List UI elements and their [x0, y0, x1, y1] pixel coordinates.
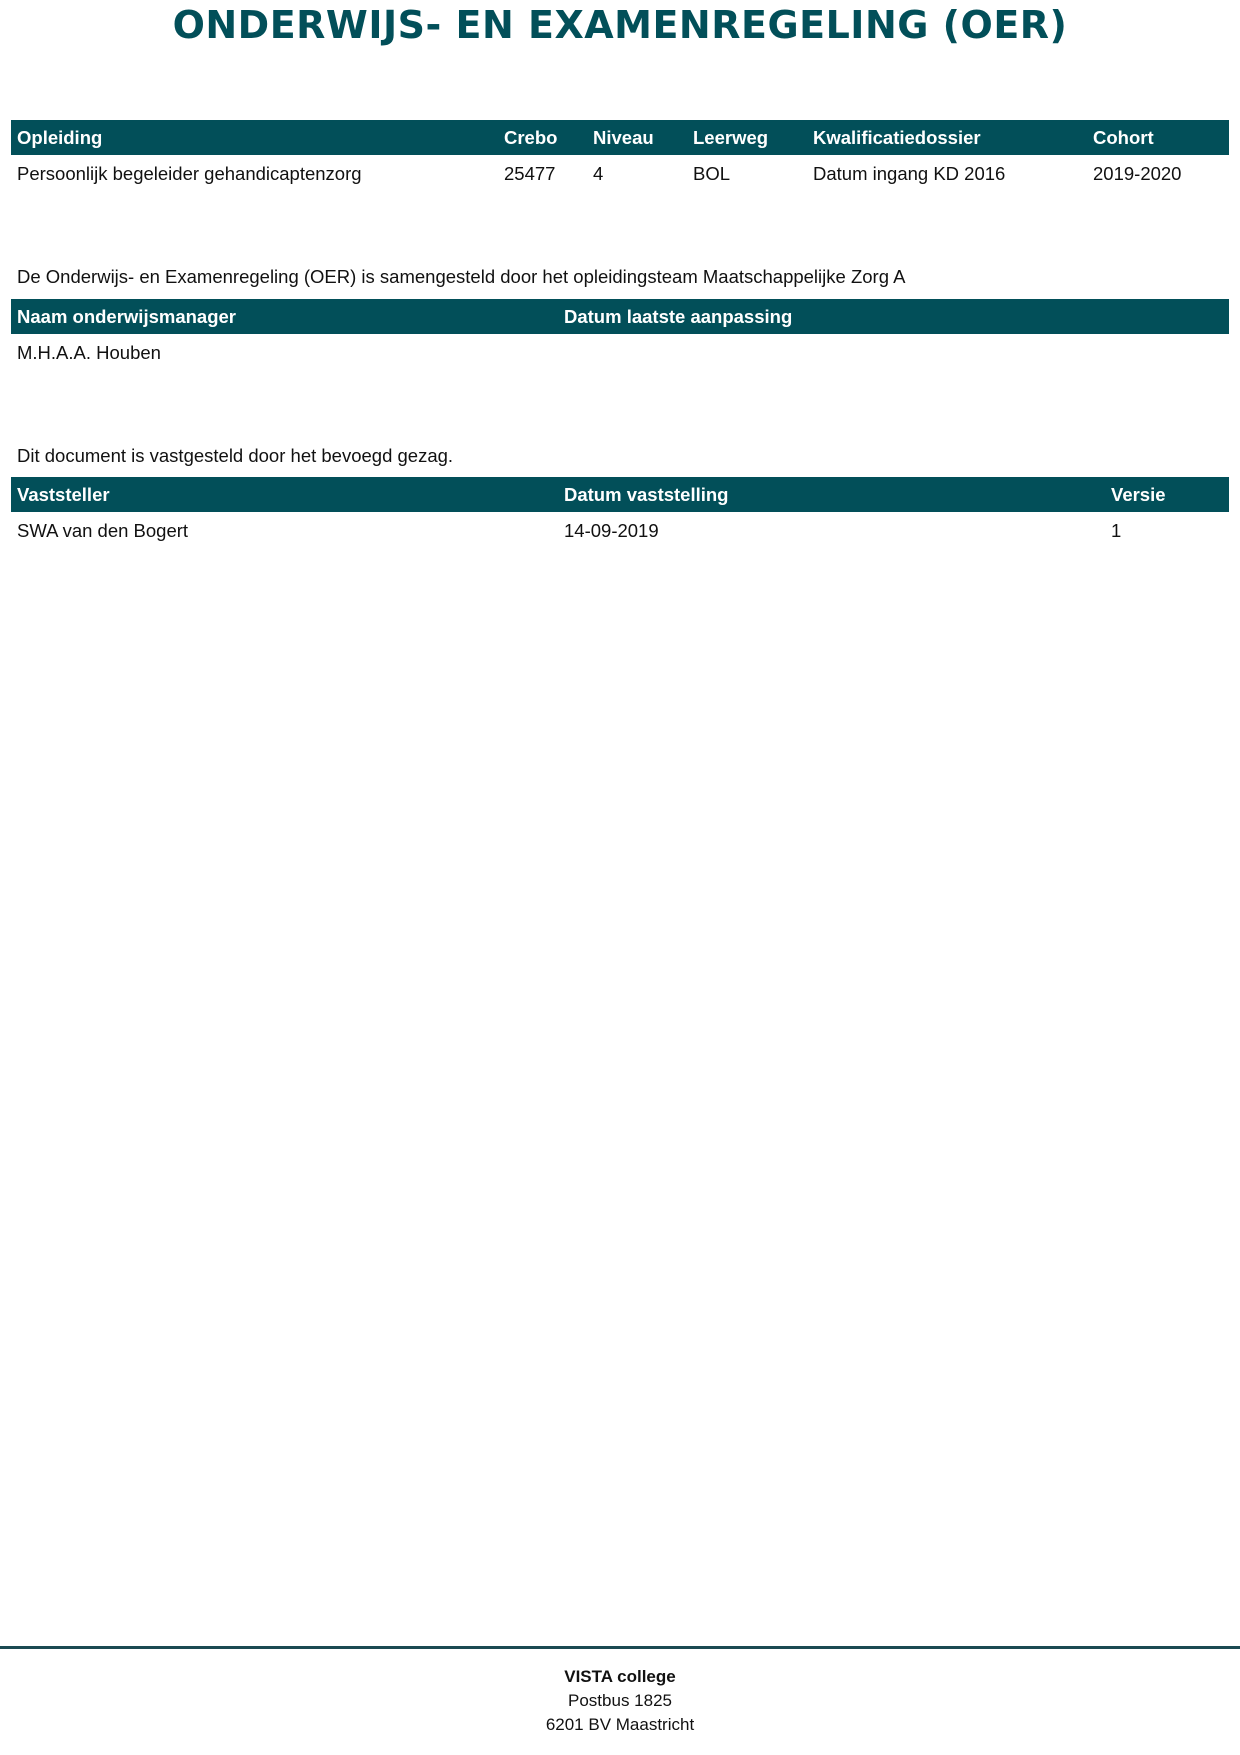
header-cohort: Cohort: [1093, 120, 1154, 155]
opleiding-table-header: Opleiding Crebo Niveau Leerweg Kwalifica…: [11, 120, 1229, 155]
cell-kwalificatiedossier: Datum ingang KD 2016: [813, 163, 1005, 185]
header-kwalificatiedossier: Kwalificatiedossier: [813, 120, 981, 155]
cell-datum-vaststelling: 14-09-2019: [564, 520, 659, 542]
cell-leerweg: BOL: [693, 163, 730, 185]
cell-opleiding: Persoonlijk begeleider gehandicaptenzorg: [17, 163, 362, 185]
header-naam-onderwijsmanager: Naam onderwijsmanager: [17, 299, 236, 334]
samenstelling-intro: De Onderwijs- en Examenregeling (OER) is…: [17, 266, 905, 288]
header-niveau: Niveau: [593, 120, 654, 155]
header-leerweg: Leerweg: [693, 120, 768, 155]
cell-naam-onderwijsmanager: M.H.A.A. Houben: [17, 342, 161, 364]
vaststelling-table-header: Vaststeller Datum vaststelling Versie: [11, 477, 1229, 512]
cell-niveau: 4: [593, 163, 603, 185]
header-vaststeller: Vaststeller: [17, 477, 110, 512]
cell-vaststeller: SWA van den Bogert: [17, 520, 188, 542]
footer-divider: [0, 1646, 1240, 1649]
footer-address-line2: 6201 BV Maastricht: [0, 1713, 1240, 1737]
footer: VISTA college Postbus 1825 6201 BV Maast…: [0, 1665, 1240, 1737]
footer-address-line1: Postbus 1825: [0, 1689, 1240, 1713]
footer-organisation-name: VISTA college: [0, 1665, 1240, 1689]
header-versie: Versie: [1111, 477, 1166, 512]
header-opleiding: Opleiding: [17, 120, 102, 155]
vaststelling-intro: Dit document is vastgesteld door het bev…: [17, 445, 453, 467]
cell-versie: 1: [1111, 520, 1121, 542]
document-title: ONDERWIJS- EN EXAMENREGELING (OER): [0, 2, 1240, 48]
header-crebo: Crebo: [504, 120, 557, 155]
header-datum-vaststelling: Datum vaststelling: [564, 477, 729, 512]
header-datum-laatste-aanpassing: Datum laatste aanpassing: [564, 299, 792, 334]
samenstelling-table-header: Naam onderwijsmanager Datum laatste aanp…: [11, 299, 1229, 334]
cell-crebo: 25477: [504, 163, 555, 185]
cell-cohort: 2019-2020: [1093, 163, 1181, 185]
